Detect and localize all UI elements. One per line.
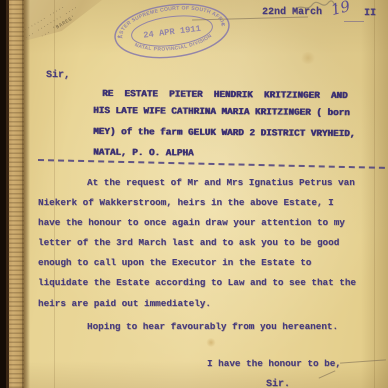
body-line: liquidate the Estate according to Law an… — [38, 277, 356, 288]
valediction-line: I have the honour to be, — [207, 358, 341, 369]
subject-underline — [38, 159, 385, 169]
salutation: Sir, — [46, 70, 70, 81]
body-line: letter of the 3rd March last and to ask … — [38, 237, 339, 248]
body-line: have the honour to once again draw your … — [38, 217, 345, 228]
binding-shadow — [22, 0, 30, 388]
pencil-stroke — [319, 370, 336, 378]
subject-line: RE ESTATE PIETER HENDRIK KRITZINGER AND — [102, 88, 348, 101]
subject-line: HIS LATE WIFE CATHRINA MARIA KRITZINGER … — [93, 105, 350, 118]
body-line: At the request of Mr and Mrs Ignatius Pe… — [87, 177, 355, 188]
subject-line: MEY) of the farm GELUK WARD 2 DISTRICT V… — [93, 126, 355, 139]
paper-stain — [300, 52, 316, 64]
received-date-stamp: MASTER SUPREME COURT OF SOUTH AFRICA NAT… — [108, 0, 236, 67]
closing-paragraph: Hoping to hear favourably from you herea… — [87, 321, 338, 332]
body-line: Niekerk of Wakkerstroom, heirs in the ab… — [38, 197, 334, 208]
vertical-crease-right — [374, 0, 375, 388]
subject-line: NATAL, P. O. ALPHA — [93, 147, 194, 159]
vertical-crease-left — [54, 0, 55, 388]
paper-stain — [206, 338, 216, 347]
page-number: II — [364, 8, 376, 19]
typed-date: 22nd March — [262, 7, 322, 18]
body-line: heirs are paid out immediately. — [38, 298, 211, 309]
valediction-sir: Sir. — [266, 379, 290, 388]
pencil-rule-bottom — [340, 359, 386, 363]
stamp-date: 24 APR 1911 — [143, 24, 202, 41]
book-binding — [0, 0, 30, 388]
handwritten-year: 19 — [329, 0, 352, 19]
oval-stamp-graphic: MASTER SUPREME COURT OF SOUTH AFRICA NAT… — [108, 0, 236, 67]
body-line: enough to call upon the Executor in the … — [38, 257, 311, 268]
scanned-letter-page: ········ ····· ··· ········ ···· ·······… — [0, 0, 388, 388]
handwritten-underline — [344, 21, 364, 22]
